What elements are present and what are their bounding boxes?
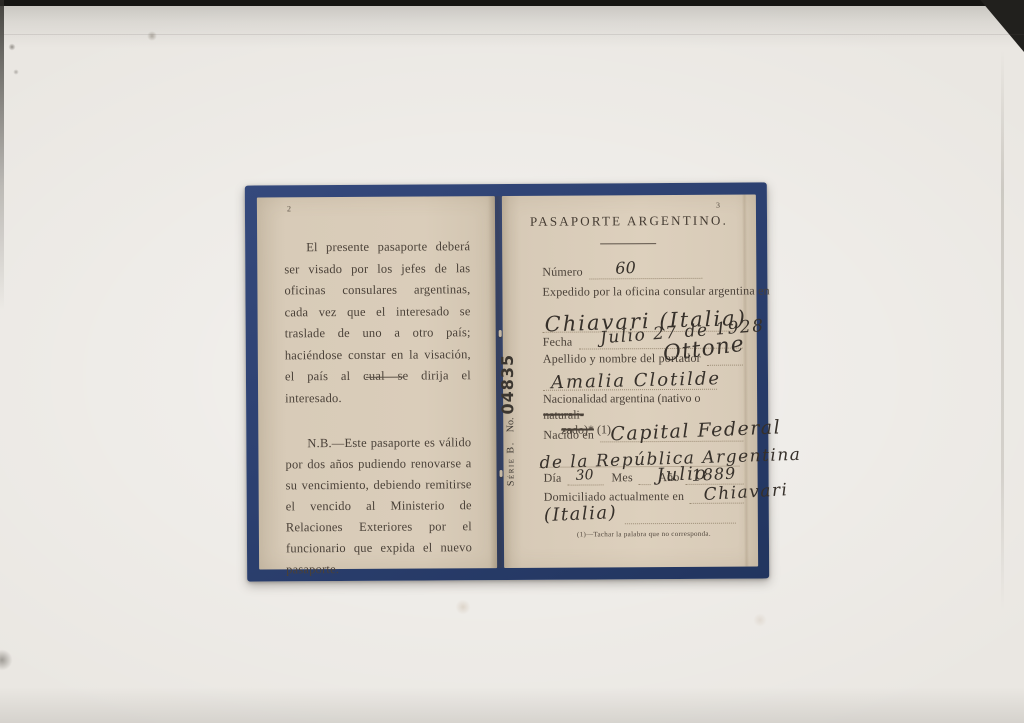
page-fold-crease [742,195,749,567]
serial-serie-label: Série B. [505,441,516,486]
field-expedido-label-row: Expedido por la oficina consular argenti… [542,284,742,300]
ano-handwritten-value: 1889 [691,463,737,485]
scanned-passport-page: { "passport": { "left_page": { "page_num… [0,0,1024,723]
apellido-dotted-line: Ottone [707,350,743,366]
nacionalidad-struck-word-part1: naturali- [543,407,584,421]
scanner-edge-top [0,0,1024,6]
passport-title: PASAPORTE ARGENTINO. [502,212,756,230]
given-names-dotted-line: Amalia Clotilde [543,367,717,391]
nacionalidad-prefix: Nacionalidad argentina (nativo o [543,391,700,406]
passport-page-left: 2 El presente pasaporte deberá ser visad… [257,196,497,569]
domicilio-line2: (Italia) [544,502,736,525]
field-birthdate: Día 30 Mes Julio Año 1889 [544,469,744,486]
serial-no-label: No. [505,418,516,433]
mes-label: Mes [611,470,632,485]
fecha-label: Fecha [543,335,573,350]
scanner-seam-line [0,34,1024,35]
field-numero: Número 60 [542,263,702,280]
nacido-dotted-line: Capital Federal [600,426,743,443]
intro-paragraph: El presente pasaporte deberá ser visado … [284,236,471,409]
dia-handwritten-value: 30 [575,467,594,484]
page-number-right: 3 [716,201,720,210]
expedido-label: Expedido por la oficina consular argenti… [542,283,769,299]
numero-handwritten-value: 60 [614,258,636,278]
given-names-handwritten-value: Amalia Clotilde [551,368,722,393]
passport-page-right: 3 PASAPORTE ARGENTINO. Número 60 Expedid… [502,194,758,568]
field-apellido: Apellido y nombre del portador Ottone [543,350,743,367]
passport-booklet: 2 El presente pasaporte deberá ser visad… [245,182,769,581]
serial-number: Série B.No.04835 [498,330,517,510]
title-divider [600,243,656,244]
domicilio-dotted-line2 [625,508,736,525]
serial-number-digits: 04835 [498,354,517,415]
numero-dotted-line: 60 [589,263,703,280]
paper-crease-right [1001,50,1004,610]
dia-label: Día [544,471,562,486]
domicilio-handwritten-value-line2: (Italia) [543,502,617,526]
mes-dotted-line: Julio [639,469,651,485]
nb-paragraph: N.B.—Este pasaporte es válido por dos añ… [285,432,472,580]
footnote: (1)—Tachar la palabra que no corresponda… [544,530,744,539]
field-nacido: Nacido en Capital Federal [543,426,743,443]
dia-dotted-line: 30 [567,469,603,485]
nacido-label: Nacido en [543,427,594,442]
scanner-corner-shadow [940,0,1024,52]
scanner-edge-left [0,0,4,310]
page-number-left: 2 [287,204,291,213]
numero-label: Número [542,265,583,280]
